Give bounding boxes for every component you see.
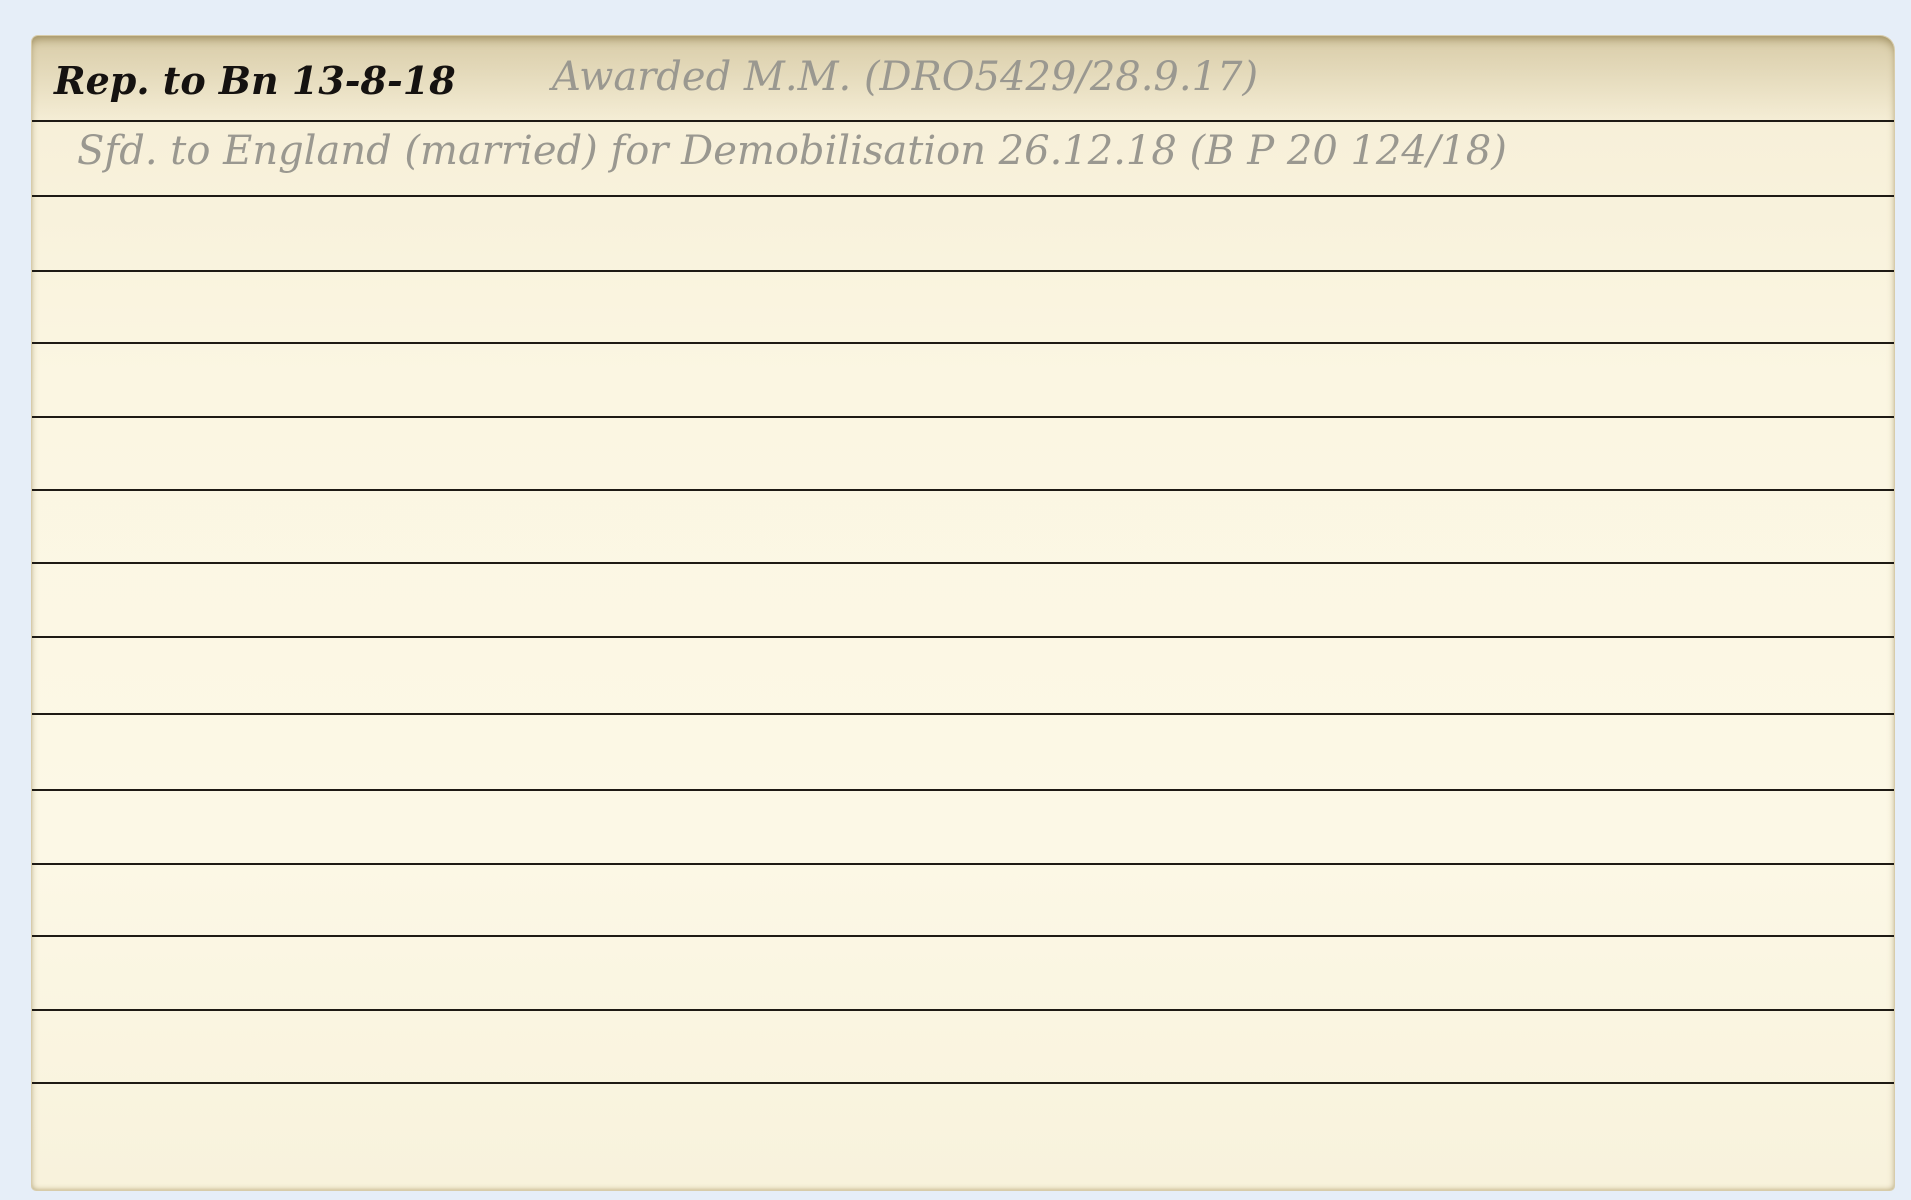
ruled-line	[32, 562, 1894, 564]
ruled-line	[32, 863, 1894, 865]
ruled-line	[32, 789, 1894, 791]
ruled-line	[32, 120, 1894, 122]
ruled-line	[32, 636, 1894, 638]
record-card: Rep. to Bn 13-8-18 Awarded M.M. (DRO5429…	[32, 36, 1894, 1190]
pencil-entry-demobilisation: Sfd. to England (married) for Demobilisa…	[77, 128, 1507, 174]
ruled-line	[32, 713, 1894, 715]
ruled-line	[32, 1009, 1894, 1011]
ink-entry-report: Rep. to Bn 13-8-18	[54, 58, 456, 103]
ruled-line	[32, 195, 1894, 197]
ruled-line	[32, 935, 1894, 937]
ruled-line	[32, 489, 1894, 491]
pencil-entry-award: Awarded M.M. (DRO5429/28.9.17)	[552, 54, 1258, 100]
ruled-line	[32, 270, 1894, 272]
ruled-line	[32, 342, 1894, 344]
ruled-line	[32, 1082, 1894, 1084]
ruled-line	[32, 416, 1894, 418]
